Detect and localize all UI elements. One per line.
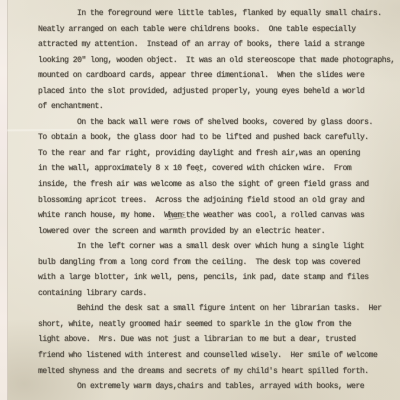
text-line: To obtain a book, the glass door had to …	[38, 130, 396, 146]
text-line: in the wall, approximately 8 x 10 feet, …	[38, 161, 396, 177]
text-line: of enchantment.	[38, 99, 396, 115]
text-line: white ranch house, my home. When the wea…	[38, 208, 396, 224]
text-line: Neatly arranged on each table were child…	[38, 22, 396, 38]
text-line: light above. Mrs. Due was not just a lib…	[38, 332, 396, 348]
text-line: attracted my attention. Instead of an ar…	[38, 37, 396, 53]
handwritten-caret-mark: ^	[196, 169, 202, 177]
text-line: lowered over the screen and warmth provi…	[38, 224, 396, 240]
text-line: In the foreground were little tables, fl…	[38, 6, 396, 22]
text-line: inside, the fresh air was welcome as als…	[38, 177, 396, 193]
typewritten-lines: In the foreground were little tables, fl…	[38, 6, 396, 395]
text-line: friend who listened with interest and co…	[38, 348, 396, 364]
text-line: melted shyness and the dreams and secret…	[38, 364, 396, 380]
text-line: To the rear and far right, providing day…	[38, 146, 396, 162]
text-line: short, white, neatly groomed hair seemed…	[38, 317, 396, 333]
text-line: blossoming apricot trees. Across the adj…	[38, 193, 396, 209]
text-line: with a large blotter, ink well, pens, pe…	[38, 270, 396, 286]
text-line: bulb dangling from a long cord from the …	[38, 255, 396, 271]
text-line: containing library cards.	[38, 286, 396, 302]
text-line: mounted on cardboard cards, appear three…	[38, 68, 396, 84]
scan-edge-strip	[0, 0, 8, 400]
text-line: On the back wall were rows of shelved bo…	[38, 115, 396, 131]
text-line: In the left corner was a small desk over…	[38, 239, 396, 255]
text-line: placed into the slot provided, adjusted …	[38, 84, 396, 100]
text-line: On extremely warm days,chairs and tables…	[38, 379, 396, 395]
text-line: looking 20" long, wooden object. It was …	[38, 53, 396, 69]
scanned-typewritten-page: In the foreground were little tables, fl…	[0, 0, 400, 400]
text-line: Behind the desk sat a small figure inten…	[38, 301, 396, 317]
